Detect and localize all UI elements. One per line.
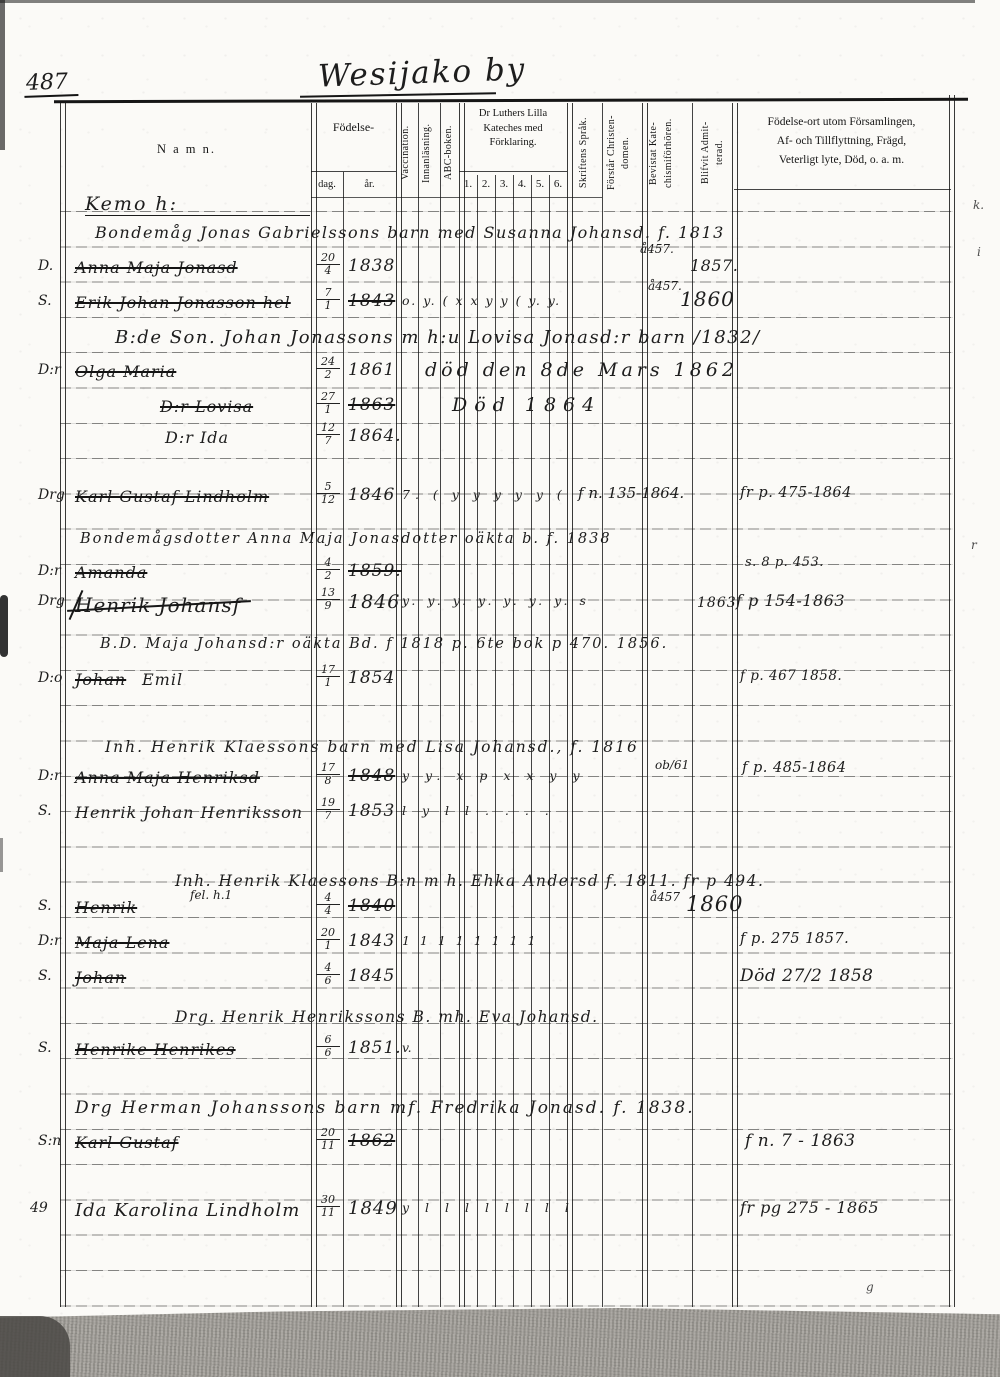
birth-month: 1 — [316, 677, 340, 689]
birth-year: 1845 — [348, 966, 395, 986]
person-name: Maja Lena — [75, 933, 169, 952]
birth-month: 4 — [316, 905, 340, 917]
birth-year: 1853 — [348, 801, 395, 821]
katekes-num: 3. — [495, 178, 513, 190]
birth-year: 1854 — [348, 668, 395, 688]
col-header-bevistat-katechismiforhoren: Bevistat Kate- — [648, 105, 659, 201]
grid-vline — [602, 103, 603, 1307]
birth-month: 11 — [316, 1140, 340, 1152]
katekes-num: 2. — [477, 178, 495, 190]
family-header: Drg. Henrik Henrikssons B. mh. Eva Johan… — [175, 1008, 599, 1026]
birth-year: 1849 — [348, 1198, 398, 1219]
scan-stray-mark: i — [977, 245, 981, 259]
person-name: Henrike Henrikes — [75, 1040, 236, 1059]
family-header: Inh. Henrik Klaessons barn med Lisa Joha… — [105, 738, 639, 756]
family-header: B:de Son. Johan Jonassons m h:u Lovisa J… — [115, 327, 761, 348]
row-prefix: D:r — [38, 768, 61, 784]
col-header-fodelse: Födelse- — [311, 120, 396, 135]
person-name: Amanda — [75, 563, 147, 582]
person-name: Erik Johan Jonasson hel — [75, 293, 291, 312]
person-name: Olga Maria — [75, 362, 176, 381]
birth-year: 1859. — [348, 561, 402, 581]
grid-vline — [60, 103, 66, 1307]
person-name: D:r Ida — [165, 428, 229, 447]
scan-blotch-left — [0, 595, 8, 657]
correction-note: fel. h.1 — [190, 888, 232, 902]
person-name: Henrik Johansf — [75, 593, 241, 617]
page-title: Wesijako by — [317, 51, 526, 94]
page-number: 487 — [24, 69, 79, 98]
birth-date: 44 — [316, 892, 340, 917]
scanned-church-record-page: k. i r g 487 Wesijako by N a m n. Födels… — [0, 0, 1000, 1377]
fodelse-divider — [311, 171, 396, 172]
margin-note: f p. 485-1864 — [742, 760, 846, 776]
birth-date: 2011 — [316, 1127, 340, 1152]
grid-vline — [440, 103, 441, 1307]
katekes-line: Kateches med — [459, 122, 567, 137]
remarks-line: Af- och Tillflyttning, Frägd, — [734, 132, 949, 151]
row-prefix: S. — [38, 803, 52, 819]
row-prefix: S. — [38, 293, 52, 309]
row-prefix: S:n — [38, 1133, 61, 1149]
birth-month: 8 — [316, 775, 340, 787]
margin-subnote: ob/61 — [655, 758, 689, 772]
admitted-year: 1860 — [680, 287, 735, 311]
katekes-divider — [459, 171, 567, 172]
person-name: Karl Gustaf — [75, 1133, 179, 1152]
family-header: Drg Herman Johanssons barn mf. Fredrika … — [75, 1098, 695, 1118]
person-name: Karl Gustaf Lindholm — [75, 487, 269, 506]
person-name: Anna Maja Henriksd — [75, 768, 260, 787]
person-name: Johan — [75, 968, 126, 987]
col-header-skriftens-sprak: Skriftens Språk. — [578, 105, 589, 201]
birth-month: 1 — [316, 404, 340, 416]
scan-mark-left — [0, 838, 3, 872]
row-prefix: 49 — [30, 1200, 48, 1216]
row-prefix: D:r — [38, 563, 61, 579]
col-header-abc-boken: ABC-boken. — [443, 105, 454, 201]
birth-month: 11 — [316, 1207, 340, 1219]
person-name: Anna Maja Jonasd — [75, 258, 238, 277]
col-header-remarks: Födelse-ort utom Församlingen, Af- och T… — [734, 113, 949, 170]
scan-stray-mark: k. — [973, 198, 984, 212]
birth-year: 1848 — [348, 766, 395, 786]
row-prefix: Drg — [38, 593, 65, 609]
margin-subnote: å457. — [648, 279, 682, 293]
col-header-forstar-christendomen: Förstår Christen- — [606, 105, 617, 201]
header-bottom-rule — [311, 197, 602, 198]
grid-vline — [732, 103, 738, 1307]
birth-month: 7 — [316, 810, 340, 822]
death-note: Död 27/2 1858 — [740, 966, 874, 986]
scan-edge-top — [0, 0, 975, 3]
birth-year: 1863 — [348, 395, 395, 415]
row-prefix: S. — [38, 1040, 52, 1056]
katekes-num: 4. — [513, 178, 531, 190]
person-name: Ida Karolina Lindholm — [75, 1200, 300, 1221]
admitted-year: 1863 — [697, 595, 737, 611]
row-prefix: S. — [38, 968, 52, 984]
birth-month: 4 — [316, 265, 340, 277]
grid-vline — [949, 95, 955, 1307]
margin-subnote: å457 — [650, 890, 680, 904]
margin-note: f p. 467 1858. — [740, 668, 842, 684]
col-header-ar: år. — [343, 179, 396, 190]
remarks-line: Veterligt lyte, Död, o. a. m. — [734, 151, 949, 170]
remarks-divider — [734, 189, 951, 190]
birth-year: 1862 — [348, 1131, 395, 1151]
birth-date: 46 — [316, 962, 340, 987]
section-heading: Kemo h: — [85, 193, 310, 216]
birth-date: 127 — [316, 422, 340, 447]
katekes-num: 5. — [531, 178, 549, 190]
catechism-marks: 7. ( y y y y y ( — [402, 487, 567, 502]
birth-month: 12 — [316, 494, 340, 506]
row-prefix: D:o — [38, 670, 62, 686]
col-header-namn: N a m n. — [62, 142, 311, 157]
birth-year: 1843 — [348, 931, 395, 951]
margin-subnote: å457. — [640, 242, 674, 256]
katekes-line: Dr Luthers Lilla — [459, 107, 567, 122]
remarks-line: Födelse-ort utom Församlingen, — [734, 113, 949, 132]
birth-date: 66 — [316, 1034, 340, 1059]
header-top-rule — [54, 98, 968, 103]
person-name: Henrik — [75, 898, 137, 917]
grid-vline — [459, 103, 465, 1307]
birth-month: 1 — [316, 940, 340, 952]
birth-year: 1840 — [348, 896, 395, 916]
margin-note: f p 154-1863 — [736, 591, 845, 610]
family-header: Bondemågsdotter Anna Maja Jonasdotter oä… — [80, 531, 612, 547]
birth-year: 1846 — [348, 591, 400, 613]
birth-year: 1838 — [348, 256, 395, 276]
birth-year: 1861 — [348, 360, 395, 380]
col-header-katekes: Dr Luthers Lilla Kateches med Förklaring… — [459, 107, 567, 151]
grid-vline — [418, 103, 419, 1307]
scan-noise-band — [0, 1308, 1000, 1377]
person-name-second: Emil — [142, 670, 183, 689]
col-header-blifvit-admitterad: Blifvit Admit- — [700, 105, 711, 201]
scan-stray-mark: r — [971, 538, 977, 552]
family-header: B.D. Maja Johansd:r oäkta Bd. f 1818 p. … — [100, 636, 668, 652]
row-prefix: S. — [38, 898, 52, 914]
birth-date: 204 — [316, 252, 340, 277]
birth-year: 1851. — [348, 1038, 402, 1058]
col-header-forstar-christendomen: domen. — [620, 105, 631, 201]
birth-month: 6 — [316, 975, 340, 987]
birth-date: 139 — [316, 587, 340, 612]
birth-month: 2 — [316, 369, 340, 381]
grid-vline — [567, 103, 573, 1307]
admitted-year: 1860 — [686, 892, 743, 916]
col-header-bevistat-katechismiforhoren: chismiförhören. — [663, 105, 674, 201]
margin-note: s. 8 p. 453. — [745, 555, 824, 570]
family-header: Inh. Henrik Klaessons B:n m h. Ehka Ande… — [175, 872, 764, 890]
grid-vline — [396, 103, 402, 1307]
row-prefix: Drg — [38, 487, 65, 503]
birth-date: 71 — [316, 287, 340, 312]
catechism-marks: y l l l l l l l l — [402, 1200, 575, 1215]
grid-vline — [692, 103, 693, 1307]
death-note: Död 1864 — [452, 394, 601, 416]
birth-date: 171 — [316, 664, 340, 689]
catechism-marks: v. — [402, 1040, 412, 1055]
catechism-marks: y y. x p x x y y — [402, 768, 586, 783]
birth-date: 271 — [316, 391, 340, 416]
birth-date: 42 — [316, 557, 340, 582]
scan-corner-shadow — [0, 1316, 70, 1377]
person-name: Johan — [75, 670, 126, 689]
margin-note: fr pg 275 - 1865 — [740, 1198, 879, 1217]
catechism-marks: y. y. y. y. y. y. y. s — [402, 593, 590, 608]
scan-edge-left — [0, 0, 5, 150]
margin-note: f p. 275 1857. — [740, 931, 849, 947]
person-name: D:r Lovisa — [160, 397, 253, 416]
margin-note: f n. 135-1864. — [578, 484, 684, 502]
margin-note: fr p. 475-1864 — [740, 485, 852, 501]
catechism-marks: o. y. ( x x y y ( y. y. — [402, 293, 561, 308]
margin-note: f n. 7 - 1863 — [745, 1131, 856, 1151]
katekes-num: 6. — [549, 178, 567, 190]
row-prefix: D:r — [38, 362, 61, 378]
birth-date: 3011 — [316, 1194, 340, 1219]
birth-month: 2 — [316, 570, 340, 582]
death-note: död den 8de Mars 1862 — [425, 359, 738, 381]
row-prefix: D. — [38, 258, 53, 274]
birth-date: 242 — [316, 356, 340, 381]
birth-date: 512 — [316, 481, 340, 506]
birth-month: 1 — [316, 300, 340, 312]
margin-note: 1857. — [690, 256, 738, 275]
birth-year: 1864. — [348, 426, 402, 446]
birth-date: 201 — [316, 927, 340, 952]
catechism-marks: l y l l . . . . — [402, 803, 555, 818]
catechism-marks: 1 1 1 1 1 1 1 1 — [402, 933, 538, 948]
birth-year: 1846 — [348, 485, 395, 505]
col-header-blifvit-admitterad: terad. — [714, 105, 725, 201]
birth-month: 9 — [316, 600, 340, 612]
birth-month: 6 — [316, 1047, 340, 1059]
birth-year: 1843 — [348, 291, 395, 311]
birth-month: 7 — [316, 435, 340, 447]
person-name: Henrik Johan Henriksson — [75, 803, 303, 822]
birth-date: 197 — [316, 797, 340, 822]
family-header: Bondemåg Jonas Gabrielssons barn med Sus… — [95, 223, 725, 242]
col-header-innanlasning: Innanläsning. — [421, 105, 432, 201]
row-prefix: D:r — [38, 933, 61, 949]
birth-date: 178 — [316, 762, 340, 787]
katekes-line: Förklaring. — [459, 136, 567, 151]
